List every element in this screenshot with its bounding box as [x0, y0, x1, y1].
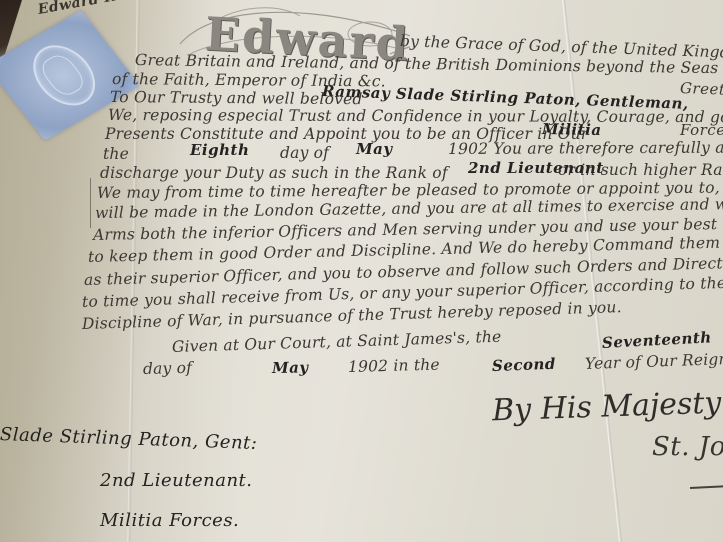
- body-line: 1902 You are therefore carefully and dil…: [448, 138, 723, 158]
- body-line: Year of Our Reign.: [585, 350, 723, 373]
- field-appointment-day: Eighth: [190, 141, 249, 159]
- endorsement-forces: Militia Forces.: [100, 510, 239, 531]
- royal-signature: Edward R.I.: [37, 0, 135, 18]
- body-line: 1902 in the: [348, 356, 440, 376]
- signature-underline: [690, 485, 723, 489]
- field-rank: 2nd Lieutenant: [468, 159, 604, 177]
- seal-crest-inner: [37, 51, 89, 99]
- field-given-day: Seventeenth: [602, 328, 713, 352]
- secretary-signature: St. John: [652, 432, 723, 462]
- field-appointment-month: May: [356, 140, 393, 158]
- seal-crest: [21, 35, 108, 115]
- field-forces: Militia: [542, 120, 602, 139]
- margin-bracket: [90, 178, 94, 228]
- endorsement-name: Slade Stirling Paton, Gent:: [0, 424, 258, 454]
- field-forces-suffix: Forces: [680, 121, 723, 139]
- endorsement-rank: 2nd Lieutenant.: [100, 470, 253, 491]
- field-greeting: Greeting.: [680, 79, 723, 100]
- field-given-month: May: [272, 358, 309, 377]
- body-line: day of: [280, 144, 329, 162]
- body-line: discharge your Duty as such in the Rank …: [100, 164, 448, 182]
- by-command-line: By His Majesty's Command,: [492, 379, 723, 429]
- body-line: the: [103, 145, 129, 163]
- field-reign-year: Second: [492, 355, 557, 375]
- body-line: day of: [143, 359, 193, 378]
- commission-document: Edward R.I. Edward by the Grace of God, …: [0, 0, 723, 542]
- body-line: Given at Our Court, at Saint James's, th…: [172, 328, 502, 356]
